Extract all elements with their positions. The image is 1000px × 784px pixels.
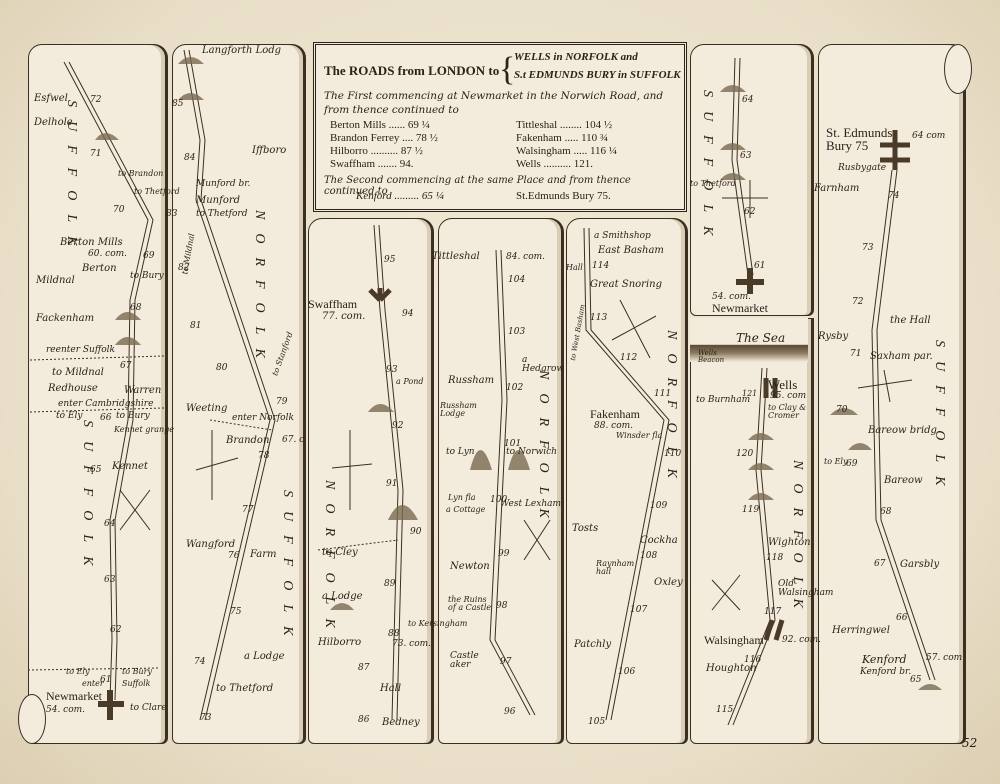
place-label: a Hedgrow [522, 356, 562, 374]
milepost: 68 [880, 508, 891, 517]
milepost: 90 [410, 528, 421, 537]
place-label: Kennet [112, 462, 148, 472]
sea-label: The Sea [736, 332, 785, 344]
milepost: 77 [242, 506, 253, 515]
place-label: to Clare [130, 704, 167, 713]
place-label: Fackenham [36, 314, 94, 324]
milepost: 65 [90, 466, 101, 475]
milepost: 72 [852, 298, 863, 307]
milepost: 65 [910, 676, 921, 685]
place-label: a Lodge [322, 592, 363, 602]
milepost: 61 [754, 262, 765, 271]
place-label: 57. com [926, 654, 962, 663]
milepost: 114 [592, 262, 609, 271]
milepost: 72 [90, 96, 101, 105]
milepost: 66 [896, 614, 907, 623]
milepost: 83 [166, 210, 177, 219]
milepost: 70 [113, 206, 124, 215]
milepost: 99 [498, 550, 509, 559]
place-label: Garsbly [900, 560, 939, 570]
milepost: 63 [740, 152, 751, 161]
milepost: 98 [496, 602, 507, 611]
place-label: 64 com [912, 132, 945, 141]
place-label: Rysby [818, 332, 848, 342]
place-label: 54. com. [46, 706, 85, 715]
page-number: 52 [962, 736, 977, 750]
place-label: Patchly [574, 640, 611, 650]
place-label: to Bury [130, 272, 164, 281]
place-label: Farm [250, 550, 276, 560]
milepost: 113 [590, 314, 607, 323]
place-label: to Cley [322, 548, 358, 558]
milepost: 63 [104, 576, 115, 585]
milepost: 62 [744, 208, 755, 217]
place-label: a Lodge [244, 652, 285, 662]
place-label: a Pond [396, 378, 423, 386]
place-label: Kenford br. [860, 668, 911, 677]
milepost: 89 [384, 580, 395, 589]
place-label: Munford [196, 196, 240, 206]
milepost: 96 [504, 708, 515, 717]
milepost: 81 [190, 322, 201, 331]
milepost: 66 [100, 414, 111, 423]
milepost: 95 [384, 256, 395, 265]
milepost: 71 [90, 150, 101, 159]
place-label: Saxham par. [870, 352, 933, 362]
town-newmarket: Newmarket [712, 302, 768, 314]
place-label: Iffboro [252, 146, 286, 156]
place-label: to Ely [66, 668, 90, 676]
town-kenford: Kenford [862, 654, 907, 665]
county-label-suffolk: SUFFOLK [700, 90, 714, 249]
milepost: 119 [742, 506, 759, 515]
milepost: 108 [640, 552, 657, 561]
map-sheet: The ROADS from LONDON to { WELLS in NORF… [0, 0, 1000, 784]
milepost: 106 [618, 668, 635, 677]
town-newmarket: Newmarket [46, 690, 102, 702]
milepost: 109 [650, 502, 667, 511]
place-label: 88. com. [594, 422, 633, 431]
place-label: to Thetford [196, 210, 247, 219]
place-label: Kennet grange [114, 426, 174, 434]
milepost: 88 [388, 630, 399, 639]
milepost: 87 [358, 664, 369, 673]
place-label: 77. com. [322, 312, 365, 322]
milepost: 120 [736, 450, 753, 459]
place-label: Cockha [640, 536, 678, 546]
milepost: 85 [172, 100, 183, 109]
milepost: 92 [392, 422, 403, 431]
milepost: 67 [120, 362, 131, 371]
place-label: Rusbygate [838, 164, 886, 173]
milepost: 75 [230, 608, 241, 617]
milepost: 74 [194, 658, 205, 667]
milepost: 71 [850, 350, 861, 359]
milepost: 73 [200, 714, 211, 723]
milepost: 104 [508, 276, 525, 285]
place-label: Winsder fla [616, 432, 662, 440]
place-label: 60. com. [88, 250, 127, 259]
place-label: 84. com. [506, 253, 545, 262]
milepost: 80 [216, 364, 227, 373]
place-label: Great Snoring [590, 280, 662, 290]
place-label: Houghton [706, 664, 757, 674]
milepost: 69 [143, 252, 154, 261]
place-label: Newton [450, 562, 490, 572]
place-label: Langforth Lodg [202, 46, 281, 56]
milepost: 62 [110, 626, 121, 635]
milepost: 93 [386, 366, 397, 375]
milepost: 68 [130, 304, 141, 313]
place-label: Wangford [186, 540, 235, 550]
place-label: Berton [82, 264, 117, 274]
milepost: 78 [258, 452, 269, 461]
milepost: 112 [620, 354, 637, 363]
place-label: Delhole [34, 118, 73, 128]
milepost: 84 [184, 154, 195, 163]
place-label: Wells Beacon [698, 350, 732, 364]
town-st-edmunds-bury: St. Edmunds Bury 75 [826, 126, 896, 152]
place-label: to Ely [824, 458, 848, 466]
county-label-norfolk: NORFOLK [322, 480, 336, 642]
place-label: Castle aker [450, 652, 480, 670]
milepost: 118 [766, 554, 783, 563]
place-label: a Cottage [446, 506, 485, 514]
place-label: West Lexham [500, 500, 561, 509]
place-label: to Kersingham [408, 620, 467, 628]
place-label: to Norwich [506, 448, 557, 457]
place-label: Brandon [226, 436, 269, 446]
town-walsingham: Walsingham [704, 634, 764, 646]
milepost: 97 [500, 658, 511, 667]
place-label: Old Walsingham [778, 580, 812, 598]
place-label: to Thetford [216, 684, 273, 694]
county-label-norfolk: NORFOLK [664, 330, 678, 492]
place-label: to Thetford [134, 188, 180, 196]
place-label: to Bury [116, 412, 150, 421]
place-label: to Ely [56, 412, 82, 421]
place-label: enter Norfolk [232, 414, 294, 423]
place-label: Munford br. [196, 180, 250, 189]
place-label: 67. c [282, 436, 304, 445]
milepost: 91 [386, 480, 397, 489]
milepost: 64 [742, 96, 753, 105]
place-label: to Bury [122, 668, 152, 676]
place-label: to Brandon [118, 170, 163, 178]
county-label-norfolk: NORFOLK [252, 210, 266, 372]
place-label: Bareow [884, 476, 923, 486]
place-label: Redhouse [48, 384, 98, 394]
place-label: Bedney [382, 718, 420, 728]
place-label: Lyn fla [448, 494, 476, 502]
place-label: Herringwel [832, 626, 890, 636]
place-label: Hall [566, 264, 583, 272]
place-label: the Hall [890, 316, 931, 326]
milepost: 111 [654, 390, 671, 399]
milepost: 105 [588, 718, 605, 727]
milepost: 79 [276, 398, 287, 407]
place-label: Farnham [814, 184, 859, 194]
county-label-suffolk: SUFFOLK [932, 340, 946, 499]
place-label: to Thetford [690, 180, 736, 188]
town-wells: Wells [768, 378, 797, 391]
milepost: 94 [402, 310, 413, 319]
milepost: 67 [874, 560, 885, 569]
place-label: 92. com. [782, 636, 821, 645]
place-label: Hall [380, 684, 401, 694]
town-swaffham: Swaffham [308, 298, 357, 310]
milepost: 107 [630, 606, 647, 615]
place-label: Tosts [572, 524, 598, 534]
milepost: 76 [228, 552, 239, 561]
milepost: 117 [764, 608, 781, 617]
milepost: 86 [358, 716, 369, 725]
place-label: Wighton [768, 538, 811, 548]
place-label: Hilborro [318, 638, 361, 648]
place-label: to Clay & Cromer [768, 404, 808, 420]
place-label: Weeting [186, 404, 227, 414]
milepost: 74 [888, 192, 899, 201]
place-label: Mildnal [36, 276, 75, 286]
place-label: East Basham [598, 246, 664, 256]
place-label: enter Cambridgshire [58, 400, 153, 409]
place-label: Suffolk [122, 680, 151, 688]
place-label: Tittleshal [432, 252, 480, 262]
place-label: Bareow bridg [868, 426, 937, 436]
place-label: Esfwel [34, 94, 68, 104]
place-label: Raynham hall [596, 560, 636, 576]
milepost: 115 [716, 706, 733, 715]
place-label: to Burnham [696, 396, 750, 405]
town-fakenham: Fakenham [590, 408, 640, 420]
place-label: Warren [124, 386, 161, 396]
place-label: Oxley [654, 578, 683, 588]
place-label: Russham [448, 376, 494, 386]
milepost: 73 [862, 244, 873, 253]
place-label: the Ruins of a Castle [448, 596, 496, 612]
place-label: enter [82, 680, 104, 688]
place-label: a Smithshop [594, 232, 651, 241]
place-label: Russham Lodge [440, 402, 480, 418]
place-label: 73. com. [392, 640, 431, 649]
milepost: 103 [508, 328, 525, 337]
county-label-suffolk: SUFFOLK [80, 420, 94, 579]
place-label: Berton Mills [60, 238, 123, 248]
place-label: reenter Suffolk [46, 346, 115, 355]
place-label: 95. com [770, 392, 806, 401]
county-label-suffolk: SUFFOLK [280, 490, 294, 649]
place-label: to Mildnal [52, 368, 104, 378]
milepost: 102 [506, 384, 523, 393]
milepost: 110 [664, 450, 681, 459]
milepost: 70 [836, 406, 847, 415]
place-label: to Lyn [446, 448, 475, 457]
milepost: 64 [104, 520, 115, 529]
